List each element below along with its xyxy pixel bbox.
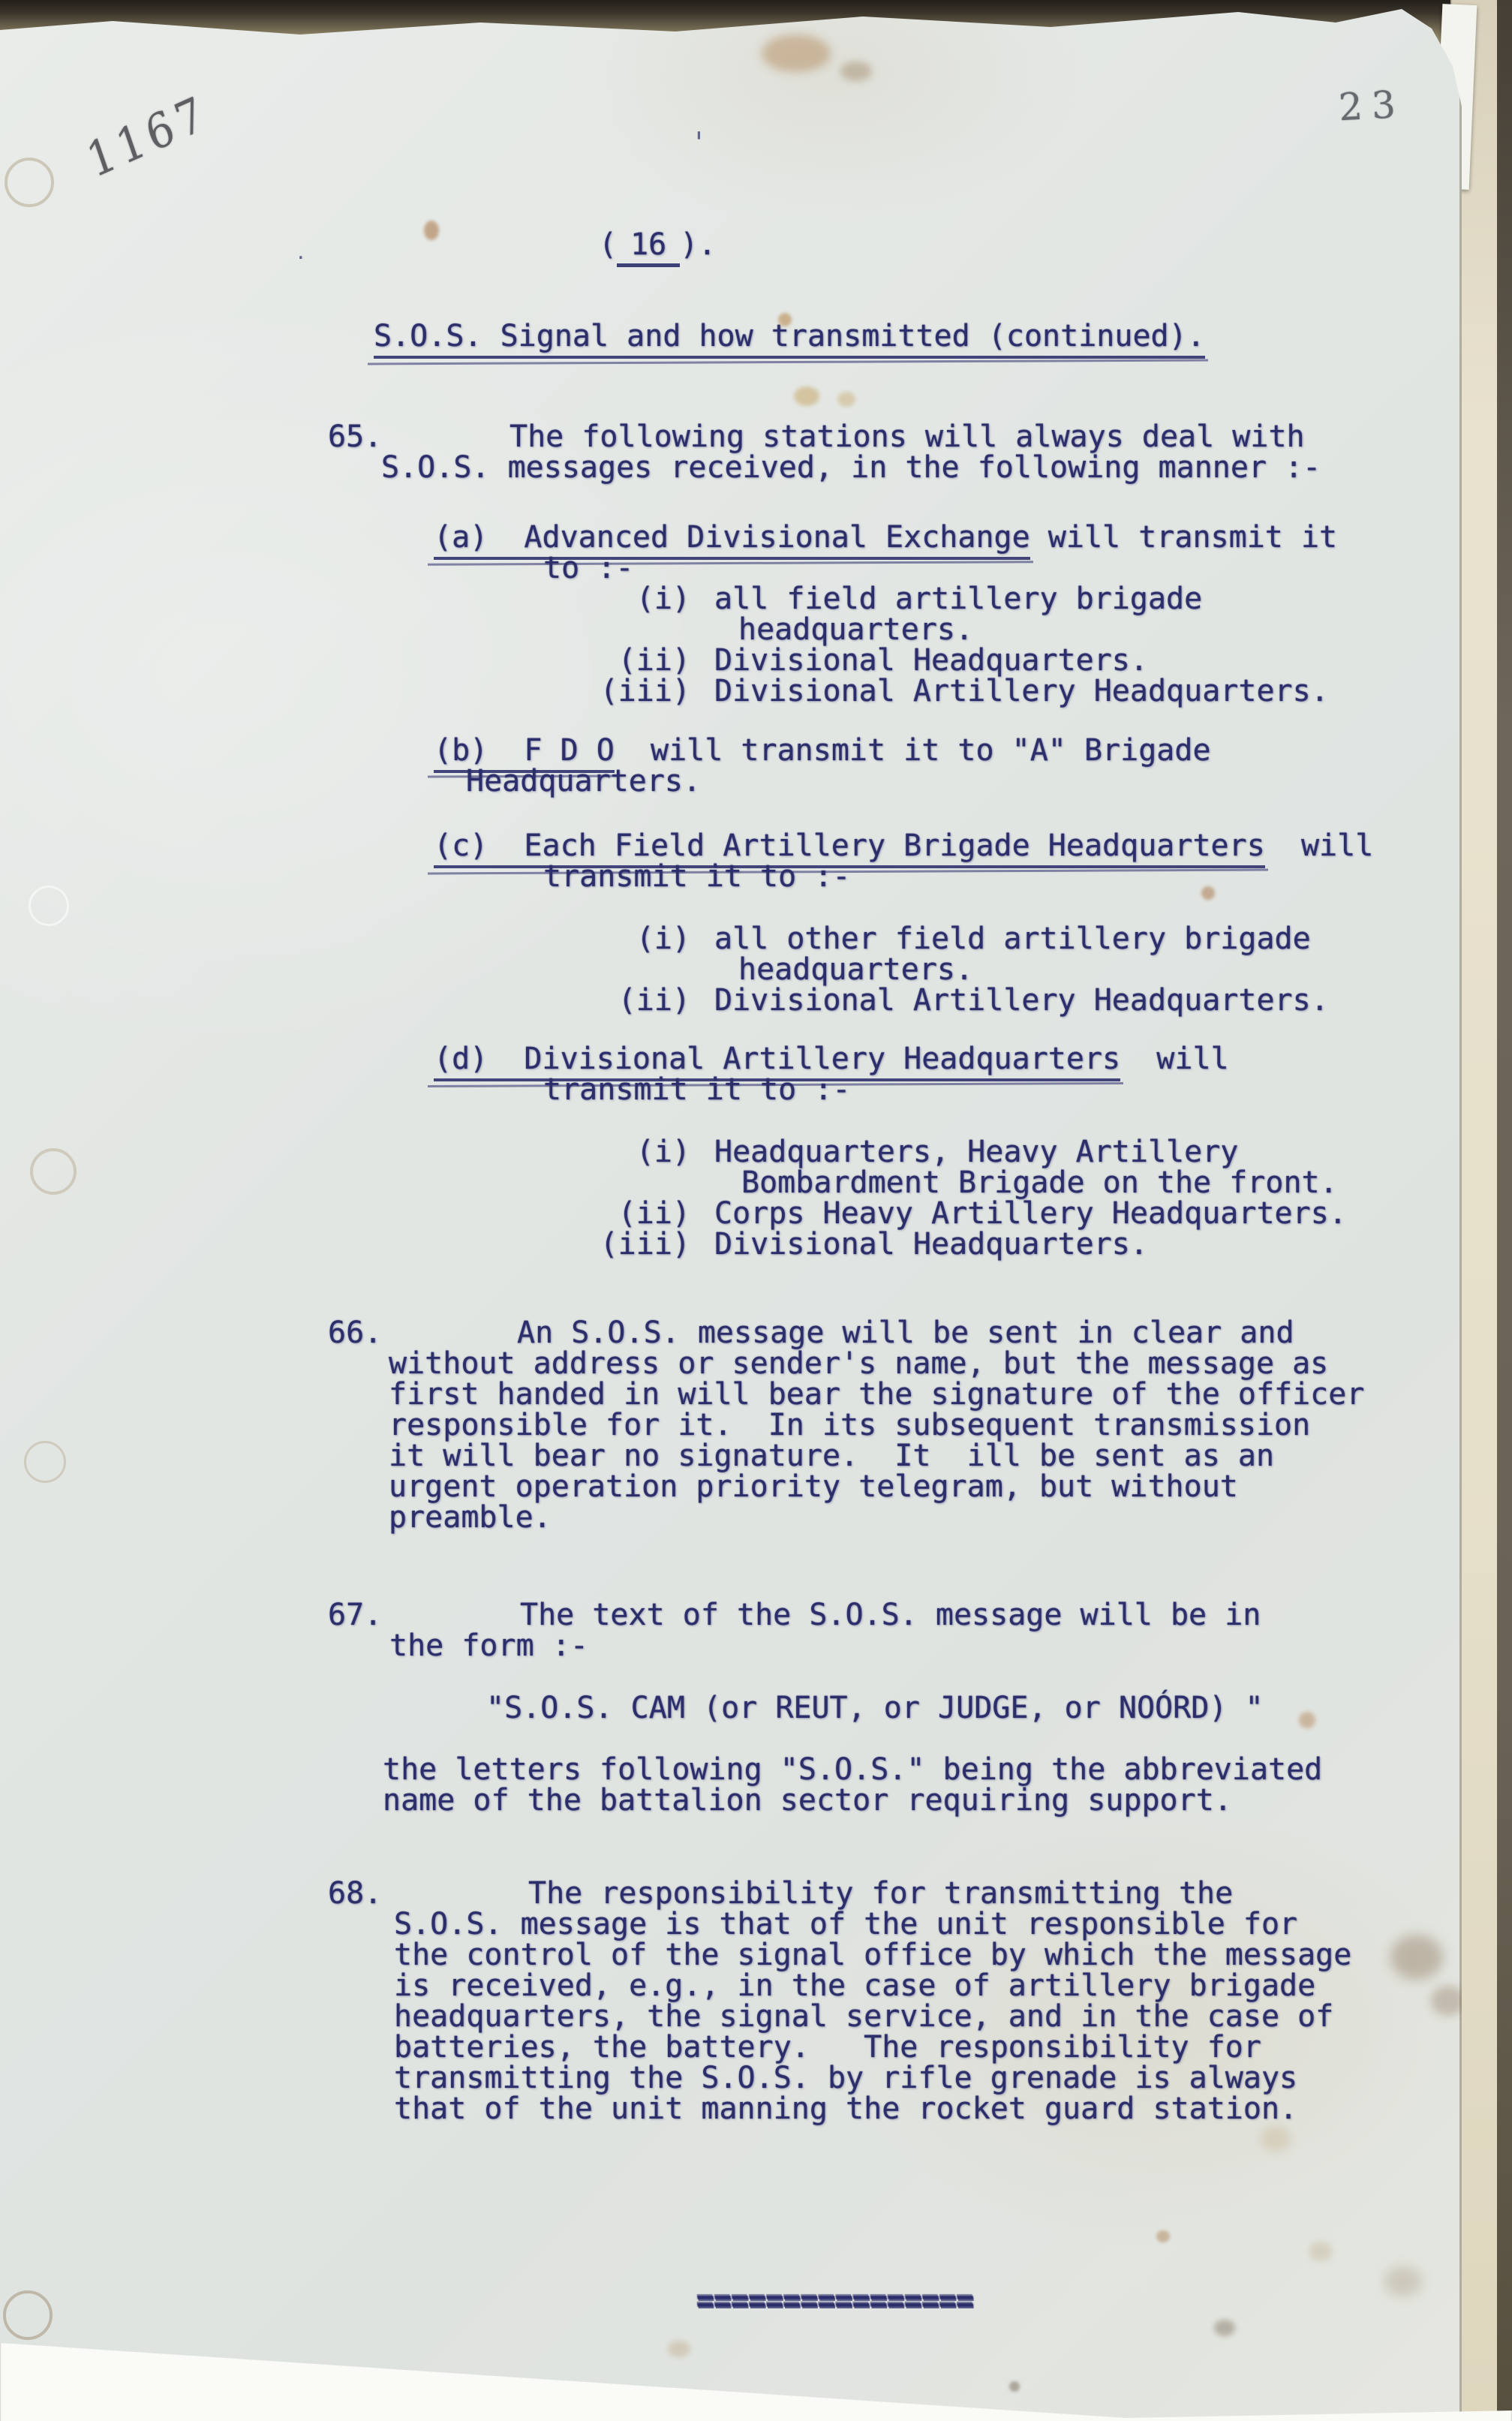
para-68-line: the control of the signal office by whic… <box>394 1940 1351 1971</box>
document-page: 1167 23 ' . (16). S.O.S. Signal and how … <box>0 0 1462 2421</box>
stain <box>1390 1935 1443 1980</box>
page-number-pencil: 23 <box>1338 83 1406 130</box>
binding-edge-strip <box>1497 0 1512 2421</box>
sub-item: (i)all field artillery brigade <box>540 584 1202 615</box>
stain <box>1009 2381 1020 2392</box>
para-67-line: name of the battalion sector requiring s… <box>383 1785 1232 1816</box>
sub-item-text: Divisional Artillery Headquarters. <box>714 983 1329 1018</box>
sub-item-number: (i) <box>540 924 690 955</box>
stain <box>837 392 855 407</box>
sub-item-number: (ii) <box>540 985 690 1016</box>
sub-item-number: (iii) <box>540 1229 690 1260</box>
para-68-line: is received, e.g., in the case of artill… <box>394 1971 1315 2001</box>
item-c-head-rest: will <box>1265 829 1374 863</box>
para-68-number: 68. <box>328 1878 382 1909</box>
item-d-head: (d) Divisional Artillery Headquarters wi… <box>434 1044 1229 1075</box>
para-66-line: responsible for it. In its subsequent tr… <box>389 1410 1310 1441</box>
sos-code-quote: "S.O.S. CAM (or REUT, or JUDGE, or NOÓRD… <box>486 1693 1264 1724</box>
scanned-document: 1167 23 ' . (16). S.O.S. Signal and how … <box>0 0 1512 2421</box>
stain <box>840 62 872 81</box>
sub-item-text: Corps Heavy Artillery Headquarters. <box>714 1196 1347 1231</box>
stain <box>1214 2320 1235 2336</box>
item-a-line: to :- <box>543 553 633 584</box>
para-68-line: that of the unit manning the rocket guar… <box>394 2094 1297 2125</box>
page-ref-open: ( <box>599 227 617 262</box>
para-66-number: 66. <box>328 1318 382 1349</box>
para-66-line: it will bear no signature. It ill be sen… <box>389 1441 1274 1472</box>
sub-item-text: Divisional Artillery Headquarters. <box>714 674 1329 708</box>
para-65-number: 65. <box>328 422 382 453</box>
para-66-line: preamble. <box>389 1502 552 1533</box>
para-67-line: the form :- <box>389 1631 588 1662</box>
section-heading-text: S.O.S. Signal and how transmitted (conti… <box>374 319 1205 359</box>
sub-item-text: Divisional Headquarters. <box>714 1227 1148 1262</box>
punch-hole-ring <box>30 1148 77 1195</box>
punch-hole-ring <box>29 886 69 926</box>
para-68-line: S.O.S. message is that of the unit respo… <box>394 1909 1297 1940</box>
para-67-line: the letters following "S.O.S." being the… <box>383 1755 1322 1785</box>
sub-item: (i)all other field artillery brigade <box>540 924 1311 955</box>
para-65-line: The following stations will always deal … <box>510 422 1305 453</box>
stray-ink-mark: ' <box>690 126 708 159</box>
sub-item: (i)Headquarters, Heavy Artillery <box>540 1137 1238 1168</box>
sub-item: (iii)Divisional Headquarters. <box>540 1229 1148 1260</box>
para-65-line: S.O.S. messages received, in the followi… <box>381 453 1321 483</box>
sub-item: (ii)Corps Heavy Artillery Headquarters. <box>540 1198 1347 1229</box>
item-b-line: Headquarters. <box>466 766 701 797</box>
page-ref-close: ). <box>680 227 716 262</box>
item-a-head-rest: will transmit it <box>1030 520 1337 555</box>
sub-item-number: (i) <box>540 584 690 615</box>
para-67-number: 67. <box>328 1600 382 1631</box>
item-a-head: (a) Advanced Divisional Exchange will tr… <box>434 522 1337 553</box>
stray-ink-dot: . <box>295 242 307 264</box>
sub-item: (ii)Divisional Artillery Headquarters. <box>540 985 1329 1016</box>
stain <box>1156 2230 1170 2242</box>
sub-item-text: all field artillery brigade <box>714 582 1202 616</box>
punch-hole-ring <box>24 1441 66 1483</box>
punch-hole-ring <box>5 158 54 207</box>
section-heading: S.O.S. Signal and how transmitted (conti… <box>374 321 1205 352</box>
stain <box>778 313 792 326</box>
item-c-line: transmit it to :- <box>543 862 850 892</box>
sub-item-text: all other field artillery brigade <box>714 922 1311 956</box>
stain <box>1431 1986 1465 2016</box>
item-a-head-underlined: (a) Advanced Divisional Exchange <box>434 520 1030 560</box>
stain <box>762 35 831 72</box>
sub-item-text: Headquarters, Heavy Artillery <box>714 1135 1238 1169</box>
para-68-line: transmitting the S.O.S. by rifle grenade… <box>394 2063 1297 2094</box>
item-b-head-rest: will transmit it to "A" Brigade <box>615 733 1211 768</box>
sub-item-continuation: Bombardment Brigade on the front. <box>741 1168 1338 1198</box>
para-67-line: The text of the S.O.S. message will be i… <box>520 1600 1261 1631</box>
page-ref: (16). <box>599 230 716 260</box>
stain <box>424 221 439 240</box>
sub-item-number: (ii) <box>540 645 690 676</box>
sub-item-continuation: headquarters. <box>738 955 973 985</box>
item-d-head-rest: will <box>1120 1042 1229 1076</box>
item-c-head: (c) Each Field Artillery Brigade Headqua… <box>434 831 1373 862</box>
sub-item-number: (ii) <box>540 1198 690 1229</box>
sub-item: (ii)Divisional Headquarters. <box>540 645 1148 676</box>
stain <box>1201 886 1215 900</box>
sub-item: (iii)Divisional Artillery Headquarters. <box>540 676 1329 707</box>
stain <box>1261 2126 1291 2152</box>
stain <box>1384 2266 1422 2296</box>
sub-item-number: (iii) <box>540 676 690 707</box>
typed-divider: ================ <box>696 2282 973 2320</box>
item-d-line: transmit it to :- <box>543 1075 850 1105</box>
para-66-line: An S.O.S. message will be sent in clear … <box>517 1318 1294 1349</box>
stain <box>1299 1712 1315 1728</box>
para-68-line: The responsibility for transmitting the <box>528 1878 1233 1909</box>
para-68-line: batteries, the battery. The responsibili… <box>394 2032 1261 2063</box>
para-68-line: headquarters, the signal service, and in… <box>394 2001 1333 2032</box>
stain <box>794 386 819 406</box>
item-b-head: (b) F D O will transmit it to "A" Brigad… <box>434 735 1211 766</box>
file-number-stamp: 1167 <box>80 85 215 188</box>
page-ref-number: 16 <box>617 227 680 267</box>
sub-item-text: Divisional Headquarters. <box>714 643 1148 678</box>
sub-item-number: (i) <box>540 1137 690 1168</box>
stain <box>668 2341 690 2357</box>
para-66-line: first handed in will bear the signature … <box>389 1379 1364 1410</box>
sub-item-continuation: headquarters. <box>738 615 973 645</box>
stain <box>1309 2242 1332 2261</box>
para-66-line: without address or sender's name, but th… <box>389 1349 1328 1379</box>
punch-hole-ring <box>3 2290 53 2340</box>
para-66-line: urgent operation priority telegram, but … <box>389 1472 1238 1502</box>
